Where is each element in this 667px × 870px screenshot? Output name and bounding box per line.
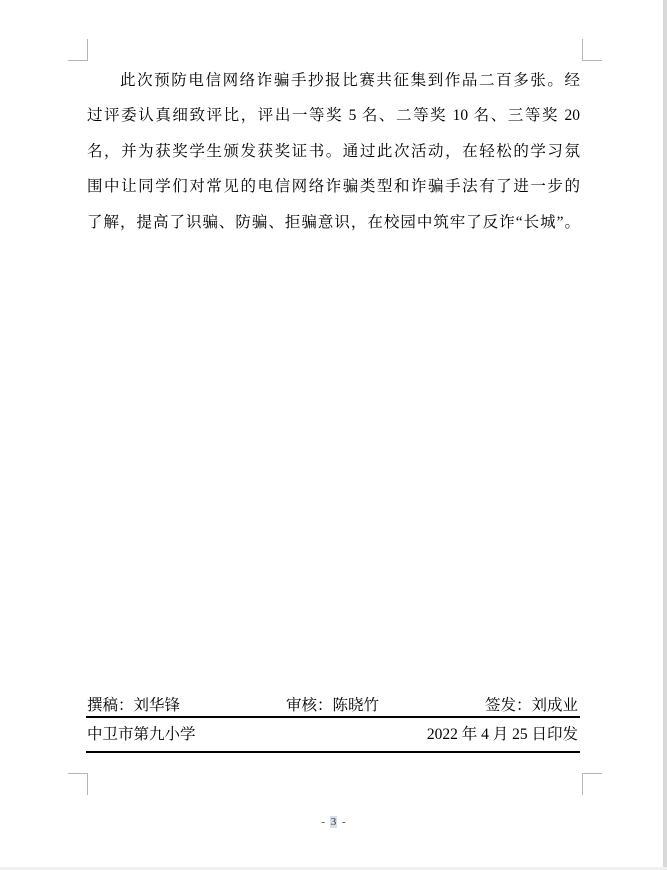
- footer-issue-row: 中卫市第九小学 2022 年 4 月 25 日印发: [87, 726, 578, 744]
- footer-divider-top: [86, 716, 580, 718]
- crop-mark-top-right: [582, 39, 602, 61]
- body-line-3: 名，并为获奖学生颁发获奖证书。通过此次活动，在轻松的学习氛: [87, 134, 580, 169]
- footer-credits-row: 撰稿：刘华锋 审核：陈晓竹 签发：刘成业: [87, 697, 578, 715]
- footer-print-date: 2022 年 4 月 25 日印发: [427, 726, 578, 744]
- footer-organization: 中卫市第九小学: [87, 726, 196, 744]
- body-line-1: 此次预防电信网络诈骗手抄报比赛共征集到作品二百多张。经: [87, 63, 580, 98]
- footer-issuer: 签发：刘成业: [485, 697, 578, 715]
- body-line-2: 过评委认真细致评比，评出一等奖 5 名、二等奖 10 名、三等奖 20: [87, 98, 580, 133]
- page-edge-right: [663, 0, 667, 870]
- footer-drafter: 撰稿：刘华锋: [87, 697, 180, 715]
- page-number-suffix: -: [342, 816, 346, 828]
- page-number-field: 3: [330, 816, 338, 828]
- body-line-4: 围中让同学们对常见的电信网络诈骗类型和诈骗手法有了进一步的: [87, 169, 580, 204]
- body-line-5: 了解，提高了识骗、防骗、拒骗意识，在校园中筑牢了反诈“长城”。: [87, 205, 580, 240]
- body-paragraph: 此次预防电信网络诈骗手抄报比赛共征集到作品二百多张。经 过评委认真细致评比，评出…: [87, 63, 580, 240]
- footer-reviewer: 审核：陈晓竹: [286, 697, 379, 715]
- page-number-prefix: -: [321, 816, 325, 828]
- crop-mark-bottom-left: [68, 773, 88, 795]
- footer-divider-bottom: [86, 751, 580, 753]
- crop-mark-top-left: [68, 39, 88, 61]
- crop-mark-bottom-right: [582, 773, 602, 795]
- page-number: - 3 -: [0, 816, 667, 829]
- document-page: 此次预防电信网络诈骗手抄报比赛共征集到作品二百多张。经 过评委认真细致评比，评出…: [0, 0, 667, 870]
